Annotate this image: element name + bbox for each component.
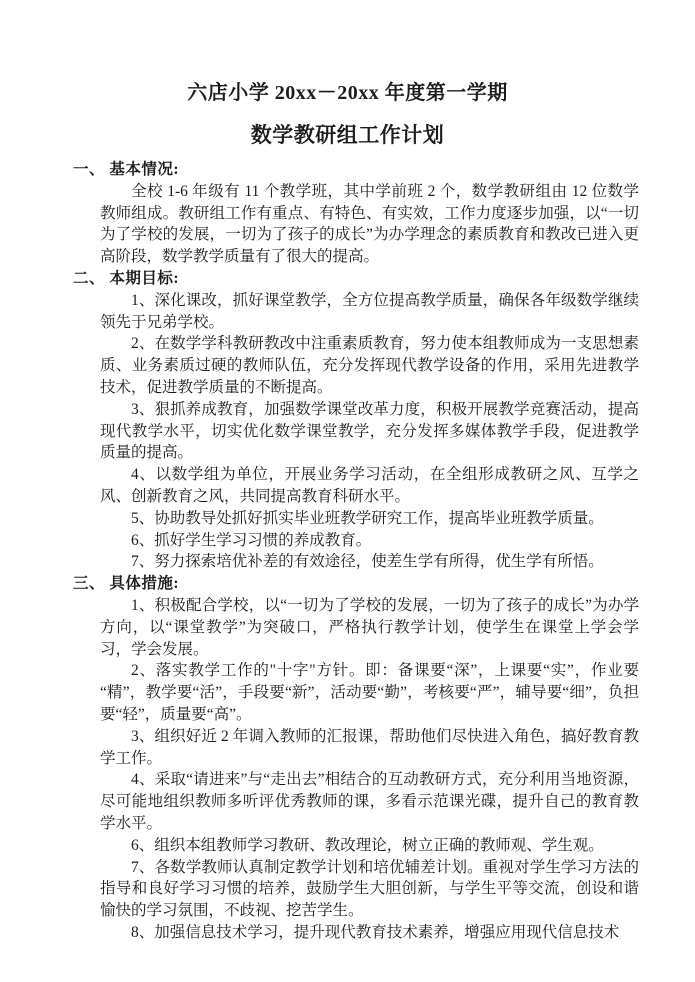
paragraph: 7、努力探索培优补差的有效途径，使差生学有所得，优生学有所悟。 (100, 551, 639, 573)
document-body: 一、 基本情况: 全校 1-6 年级有 11 个教学班，其中学前班 2 个，数学… (0, 159, 695, 944)
paragraph: 7、各数学教师认真制定教学计划和培优辅差计划。重视对学生学习方法的指导和良好学习… (100, 857, 639, 922)
paragraph: 4、采取“请进来”与“走出去”相结合的互动教研方式，充分利用当地资源，尽可能地组… (100, 769, 639, 834)
section-heading-basic-situation: 一、 基本情况: (73, 159, 639, 181)
paragraph: 4、以数学组为单位，开展业务学习活动，在全组形成教研之风、互学之风、创新教育之风… (100, 464, 639, 508)
paragraph: 3、狠抓养成教育，加强数学课堂改革力度，积极开展教学竞赛活动，提高现代教学水平，… (100, 399, 639, 464)
section-heading-concrete-measures: 三、 具体措施: (73, 573, 639, 595)
document-title-line2: 数学教研组工作计划 (0, 122, 695, 148)
section-heading-term-goals: 二、 本期目标: (73, 268, 639, 290)
paragraph: 2、落实教学工作的"十字"方针。即：备课要“深”，上课要“实”，作业要“精”，教… (100, 660, 639, 725)
document-page: 六店小学 20xx－20xx 年度第一学期 数学教研组工作计划 一、 基本情况:… (0, 0, 695, 982)
paragraph: 2、在数学学科教研教改中注重素质教育，努力使本组教师成为一支思想素质、业务素质过… (100, 333, 639, 398)
paragraph: 5、协助教导处抓好抓实毕业班教学研究工作，提高毕业班教学质量。 (100, 508, 639, 530)
paragraph: 3、组织好近 2 年调入教师的汇报课，帮助他们尽快进入角色，搞好教育教学工作。 (100, 726, 639, 770)
paragraph: 1、积极配合学校，以“一切为了学校的发展，一切为了孩子的成长”为办学方向，以“课… (100, 595, 639, 660)
paragraph: 8、加强信息技术学习，提升现代教育技术素养，增强应用现代信息技术 (100, 922, 639, 944)
paragraph: 6、组织本组教师学习教研、教改理论，树立正确的教师观、学生观。 (100, 835, 639, 857)
paragraph: 6、抓好学生学习习惯的养成教育。 (100, 530, 639, 552)
document-title-line1: 六店小学 20xx－20xx 年度第一学期 (0, 80, 695, 106)
paragraph: 1、深化课改，抓好课堂教学，全方位提高教学质量，确保各年级数学继续领先于兄弟学校… (100, 290, 639, 334)
document-header: 六店小学 20xx－20xx 年度第一学期 数学教研组工作计划 (0, 80, 695, 148)
paragraph: 全校 1-6 年级有 11 个教学班，其中学前班 2 个，数学教研组由 12 位… (100, 181, 639, 268)
